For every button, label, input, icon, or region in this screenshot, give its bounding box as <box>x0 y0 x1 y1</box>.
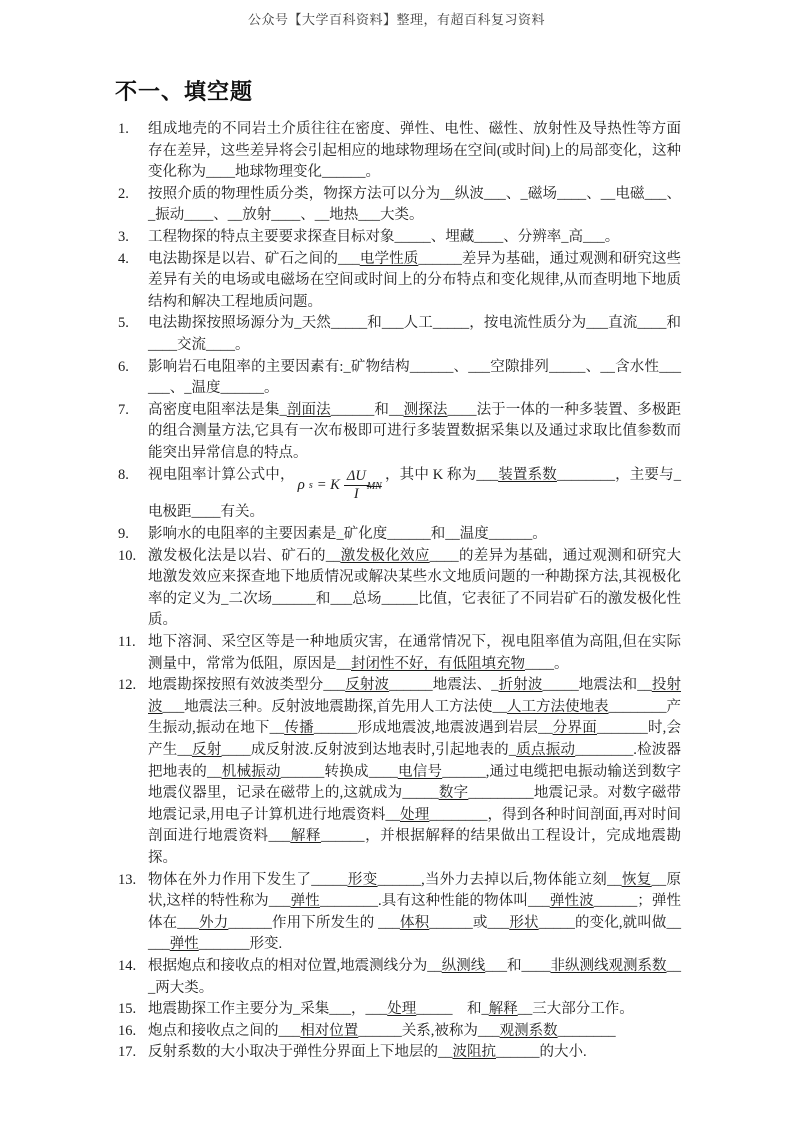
section-title: 不一、填空题 <box>115 81 793 103</box>
fraction-numerator: ΔU <box>344 468 369 486</box>
item-text: 反射系数的大小取决于弹性分界面上下地层的__波阻抗______的大小. <box>148 1042 681 1064</box>
question-item-3: 3. 工程物探的特点主要要求探查目标对象_____、埋藏____、分辨率_高__… <box>118 227 681 249</box>
question-item-9: 9. 影响水的电阻率的主要因素是_矿化度______和__温度______。 <box>118 524 681 546</box>
question-item-7: 7. 高密度电阻率法是集_剖面法______和__测探法____法于一体的一种多… <box>118 400 681 465</box>
item-text: 地下溶洞、采空区等是一种地质灾害，在通常情况下，视电阻率值为高阻,但在实际测量中… <box>148 632 681 675</box>
question-list: 1. 组成地壳的不同岩土介质往往在密度、弹性、电性、磁性、放射性及导热性等方面存… <box>0 119 793 1064</box>
item-text: 地震勘探按照有效波类型分___反射波______地震法、_折射波_____地震法… <box>148 675 681 869</box>
item-text: 高密度电阻率法是集_剖面法______和__测探法____法于一体的一种多装置、… <box>148 400 681 465</box>
document-page: 公众号【大学百科资料】整理，有超百科复习资料 不一、填空题 1. 组成地壳的不同… <box>0 0 793 1064</box>
fraction: ΔUIMN <box>344 468 382 502</box>
item-text: 组成地壳的不同岩土介质往往在密度、弹性、电性、磁性、放射性及导热性等方面存在差异… <box>148 119 681 184</box>
question-item-15: 15. 地震勘探工作主要分为_采集___，___处理_____ 和_解释__三大… <box>118 999 681 1021</box>
item-number: 7. <box>118 400 148 422</box>
item-text: 物体在外力作用下发生了_____形变______,当外力去掉以后,物体能立刻__… <box>148 870 681 956</box>
question-item-1: 1. 组成地壳的不同岩土介质往往在密度、弹性、电性、磁性、放射性及导热性等方面存… <box>118 119 681 184</box>
item-text: 电法勘探是以岩、矿石之间的___电学性质______差异为基础，通过观测和研究这… <box>148 249 681 314</box>
item-text: 工程物探的特点主要要求探查目标对象_____、埋藏____、分辨率_高___。 <box>148 227 681 249</box>
item-text-pre: 视电阻率计算公式中， <box>148 467 295 483</box>
item-number: 14. <box>118 956 148 978</box>
item-number: 17. <box>118 1042 148 1064</box>
question-item-17: 17. 反射系数的大小取决于弹性分界面上下地层的__波阻抗______的大小. <box>118 1042 681 1064</box>
mn-subscript: MN <box>367 476 382 498</box>
equals-k: = K <box>317 475 340 497</box>
question-item-2: 2. 按照介质的物理性质分类，物探方法可以分为__纵波___、_磁场____、_… <box>118 184 681 227</box>
question-item-10: 10. 激发极化法是以岩、矿石的__激发极化效应____的差异为基础，通过观测和… <box>118 546 681 632</box>
rho-symbol: ρ <box>298 475 305 497</box>
rho-subscript: s <box>309 475 313 497</box>
item-number: 10. <box>118 546 148 568</box>
page-header-note: 公众号【大学百科资料】整理，有超百科复习资料 <box>0 0 793 28</box>
question-item-11: 11. 地下溶洞、采空区等是一种地质灾害，在通常情况下，视电阻率值为高阻,但在实… <box>118 632 681 675</box>
item-number: 8. <box>118 465 148 487</box>
question-item-6: 6. 影响岩石电阻率的主要因素有:_矿物结构______、___空隙排列____… <box>118 357 681 400</box>
item-text: 影响岩石电阻率的主要因素有:_矿物结构______、___空隙排列_____、_… <box>148 357 681 400</box>
apparent-resistivity-formula: ρs= KΔUIMN <box>298 468 382 502</box>
question-item-12: 12. 地震勘探按照有效波类型分___反射波______地震法、_折射波____… <box>118 675 681 869</box>
item-text: 根据炮点和接收点的相对位置,地震测线分为__纵测线___和____非纵测线观测系… <box>148 956 681 999</box>
item-number: 13. <box>118 870 148 892</box>
fraction-denominator: I <box>351 486 362 503</box>
item-number: 3. <box>118 227 148 249</box>
item-number: 1. <box>118 119 148 141</box>
item-text: 激发极化法是以岩、矿石的__激发极化效应____的差异为基础，通过观测和研究大地… <box>148 546 681 632</box>
item-text: 按照介质的物理性质分类，物探方法可以分为__纵波___、_磁场____、__电磁… <box>148 184 681 227</box>
question-item-16: 16. 炮点和接收点之间的___相对位置______关系,被称为___观测系数_… <box>118 1021 681 1043</box>
item-number: 4. <box>118 249 148 271</box>
item-number: 2. <box>118 184 148 206</box>
item-number: 9. <box>118 524 148 546</box>
item-number: 5. <box>118 313 148 335</box>
item-text: 地震勘探工作主要分为_采集___，___处理_____ 和_解释__三大部分工作… <box>148 999 681 1021</box>
item-number: 12. <box>118 675 148 697</box>
item-number: 6. <box>118 357 148 379</box>
item-text: 炮点和接收点之间的___相对位置______关系,被称为___观测系数_____… <box>148 1021 681 1043</box>
item-text: 影响水的电阻率的主要因素是_矿化度______和__温度______。 <box>148 524 681 546</box>
question-item-5: 5. 电法勘探按照场源分为_天然_____和___人工_____，按电流性质分为… <box>118 313 681 356</box>
question-item-14: 14. 根据炮点和接收点的相对位置,地震测线分为__纵测线___和____非纵测… <box>118 956 681 999</box>
item-text: 电法勘探按照场源分为_天然_____和___人工_____，按电流性质分为___… <box>148 313 681 356</box>
question-item-4: 4. 电法勘探是以岩、矿石之间的___电学性质______差异为基础，通过观测和… <box>118 249 681 314</box>
item-number: 16. <box>118 1021 148 1043</box>
item-number: 11. <box>118 632 148 654</box>
question-item-8: 8. 视电阻率计算公式中，ρs= KΔUIMN，其中 K 称为___装置系数__… <box>118 465 681 525</box>
item-number: 15. <box>118 999 148 1021</box>
question-item-13: 13. 物体在外力作用下发生了_____形变______,当外力去掉以后,物体能… <box>118 870 681 956</box>
item-text: 视电阻率计算公式中，ρs= KΔUIMN，其中 K 称为___装置系数_____… <box>148 465 681 525</box>
